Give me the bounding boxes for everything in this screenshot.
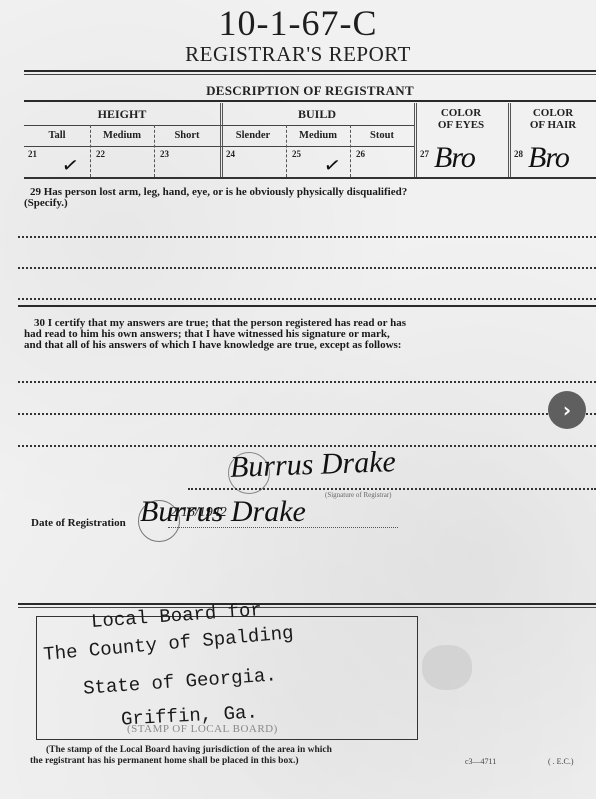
question-29-text: 29 Has person lost arm, leg, hand, eye, … [30,187,596,198]
next-page-button[interactable]: › [548,391,586,429]
answer-line [18,381,596,383]
field-number-27: 27 [420,149,429,159]
medium-build-label: Medium [286,127,350,145]
description-table: HEIGHT BUILD COLOR OF EYES COLOR OF HAIR… [24,103,596,179]
field-number-28: 28 [514,149,523,159]
slender-label: Slender [220,127,286,145]
medium-height-label: Medium [90,127,154,145]
divider [24,70,596,75]
eye-color-value: Bro [434,141,475,175]
question-30-line3: and that all of his answers of which I h… [24,340,596,351]
height-medium-check-icon: ✓ [60,152,81,179]
divider [18,603,596,608]
field-number-22: 22 [96,149,105,159]
field-number-24: 24 [226,149,235,159]
divider [18,305,596,307]
hair-color-value: Bro [528,141,569,175]
form-code: c3—4711 [465,757,496,766]
report-title: REGISTRAR'S REPORT [0,42,596,67]
eye-color-header-line2: OF EYES [414,119,508,131]
question-29: 29 Has person lost arm, leg, hand, eye, … [30,187,596,198]
local-board-stamp-box: Local Board for The County of Spalding S… [36,616,418,740]
stamp-instructions: (The stamp of the Local Board having jur… [30,745,420,767]
tall-label: Tall [24,127,90,145]
hair-color-header-line2: OF HAIR [508,119,596,131]
date-overwrite-signature: Burrus Drake [140,495,306,529]
answer-line [18,267,596,269]
section-title: DESCRIPTION OF REGISTRANT [24,83,596,99]
field-number-25: 25 [292,149,301,159]
date-line [168,527,398,528]
question-29-specify: (Specify.) [24,198,68,209]
signature-caption: (Signature of Registrar) [325,491,391,499]
build-header: BUILD [220,103,414,125]
answer-line [18,445,596,447]
stout-label: Stout [350,127,414,145]
short-label: Short [154,127,220,145]
field-number-21: 21 [28,149,37,159]
answer-line [18,413,596,415]
chevron-right-icon: › [563,398,571,422]
signature-line [188,488,596,490]
height-header: HEIGHT [24,103,220,125]
eye-color-header-line1: COLOR [414,107,508,119]
registrar-signature: Burrus Drake [229,445,396,485]
stamp-instructions-line2: the registrant has his permanent home sh… [30,756,298,766]
serial-number: 10-1-67-C [0,2,596,44]
stamp-line-2: The County of Spalding [43,622,295,666]
field-number-23: 23 [160,149,169,159]
hair-color-header-line1: COLOR [508,107,596,119]
build-medium-check-icon: ✓ [322,152,343,179]
answer-line [18,298,596,300]
stamp-instructions-line1: (The stamp of the Local Board having jur… [30,745,420,756]
document-page: 10-1-67-C REGISTRAR'S REPORT DESCRIPTION… [0,0,596,799]
answer-line [18,236,596,238]
form-code-secondary: ( . E.C.) [548,757,574,766]
field-number-26: 26 [356,149,365,159]
divider [24,100,596,102]
question-30: 30 I certify that my answers are true; t… [24,318,596,351]
stamp-caption: (STAMP OF LOCAL BOARD) [127,723,278,735]
date-of-registration-label: Date of Registration [31,517,126,529]
stamp-line-3: State of Georgia. [82,664,277,699]
faded-mark [422,645,472,690]
